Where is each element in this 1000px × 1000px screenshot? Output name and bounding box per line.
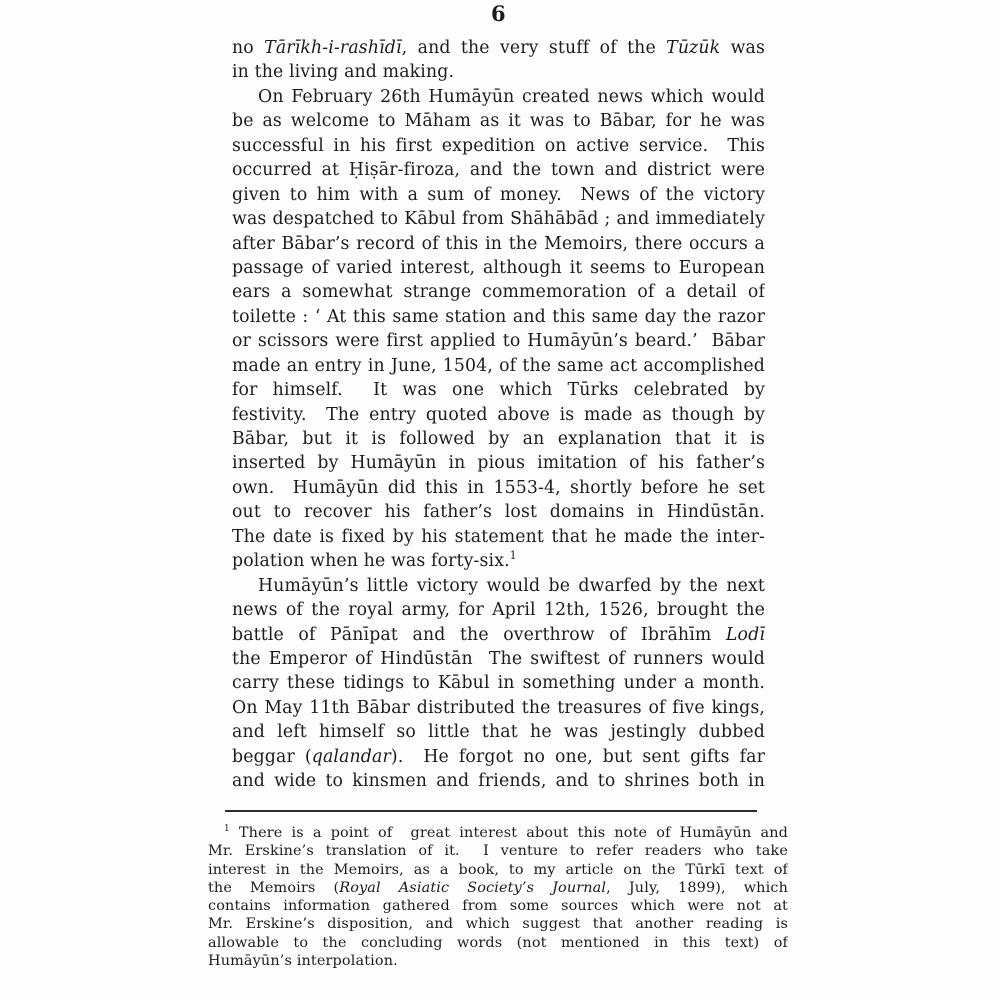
text-line: and wide to kinsmen and friends, and to …	[232, 769, 765, 793]
text-line: given to him with a sum of money. News o…	[232, 183, 765, 207]
text-line: Humāyūn’s little victory would be dwarfe…	[232, 574, 765, 598]
text-line: Mr. Erskine’s disposition, and which sug…	[208, 915, 788, 933]
text-line: beggar (qalandar). He forgot no one, but…	[232, 745, 765, 769]
text-line: contains information gathered from some …	[208, 897, 788, 915]
text-line: ears a somewhat strange commemoration of…	[232, 280, 765, 304]
footnote-text: 1 There is a point of great interest abo…	[208, 824, 788, 970]
text-line: polation when he was forty-six.1	[232, 549, 765, 573]
body-text: no Tārīkh-i-rashīdī, and the very stuff …	[232, 36, 765, 794]
text-line: battle of Pānīpat and the overthrow of I…	[232, 623, 765, 647]
text-line: or scissors were first applied to Humāyū…	[232, 329, 765, 353]
text-line: the Emperor of Hindūstān The swiftest of…	[232, 647, 765, 671]
text-line: inserted by Humāyūn in pious imitation o…	[232, 451, 765, 475]
text-line: The date is fixed by his statement that …	[232, 525, 765, 549]
text-line: the Memoirs (Royal Asiatic Society’s Jou…	[208, 879, 788, 897]
text-line: allowable to the concluding words (not m…	[208, 934, 788, 952]
text-line: news of the royal army, for April 12th, …	[232, 598, 765, 622]
text-line: Bābar, but it is followed by an explanat…	[232, 427, 765, 451]
text-line: out to recover his father’s lost domains…	[232, 500, 765, 524]
text-line: Humāyūn’s interpolation.	[208, 952, 788, 970]
page-number: 6	[232, 1, 765, 26]
text-line: On February 26th Humāyūn created news wh…	[232, 85, 765, 109]
text-line: no Tārīkh-i-rashīdī, and the very stuff …	[232, 36, 765, 60]
text-line: after Bābar’s record of this in the Memo…	[232, 232, 765, 256]
text-line: toilette : ‘ At this same station and th…	[232, 305, 765, 329]
text-line: occurred at Ḥiṣār-firoza, and the town a…	[232, 158, 765, 182]
text-line: for himself. It was one which Tūrks cele…	[232, 378, 765, 402]
text-line: made an entry in June, 1504, of the same…	[232, 354, 765, 378]
text-line: was despatched to Kābul from Shāhābād ; …	[232, 207, 765, 231]
text-line: and left himself so little that he was j…	[232, 720, 765, 744]
text-line: 1 There is a point of great interest abo…	[208, 824, 788, 842]
text-line: passage of varied interest, although it …	[232, 256, 765, 280]
footnote-separator-rule	[225, 810, 757, 812]
text-line: festivity. The entry quoted above is mad…	[232, 403, 765, 427]
text-line: carry these tidings to Kābul in somethin…	[232, 671, 765, 695]
text-line: successful in his first expedition on ac…	[232, 134, 765, 158]
text-line: in the living and making.	[232, 60, 765, 84]
text-line: Mr. Erskine’s translation of it. I ventu…	[208, 842, 788, 860]
text-line: interest in the Memoirs, as a book, to m…	[208, 861, 788, 879]
text-line: be as welcome to Māham as it was to Bāba…	[232, 109, 765, 133]
text-line: On May 11th Bābar distributed the treasu…	[232, 696, 765, 720]
text-line: own. Humāyūn did this in 1553-4, shortly…	[232, 476, 765, 500]
